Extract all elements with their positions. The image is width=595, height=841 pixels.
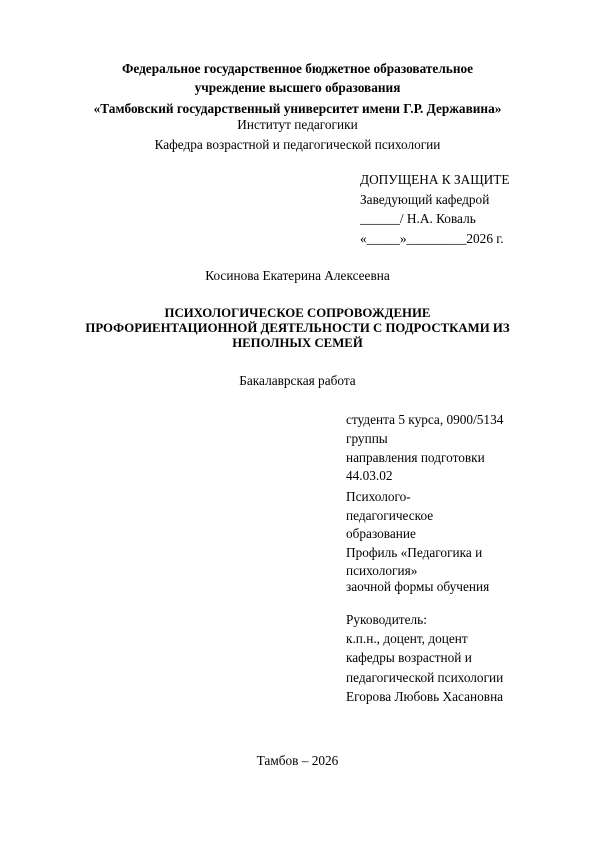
organization-line-2: учреждение высшего образования — [0, 80, 595, 96]
supervisor-label: Руководитель: — [346, 612, 427, 628]
title-line: ПРОФОРИЕНТАЦИОННОЙ ДЕЯТЕЛЬНОСТИ С ПОДРОС… — [0, 321, 595, 336]
student-info-line: заочной формы обучения — [346, 579, 489, 595]
city-year: Тамбов – 2026 — [0, 753, 595, 769]
student-info-line: образование — [346, 526, 416, 542]
approval-status: ДОПУЩЕНА К ЗАЩИТЕ — [360, 172, 509, 188]
title-line: ПСИХОЛОГИЧЕСКОЕ СОПРОВОЖДЕНИЕ — [0, 306, 595, 321]
student-info-line: психология» — [346, 563, 417, 579]
student-info-line: студента 5 курса, 0900/5134 — [346, 412, 503, 428]
student-info-line: направления подготовки — [346, 450, 485, 466]
institute-name: Институт педагогики — [0, 117, 595, 133]
supervisor-department: педагогической психологии — [346, 670, 503, 686]
student-info-line: педагогическое — [346, 508, 433, 524]
student-info-line: Профиль «Педагогика и — [346, 545, 482, 561]
organization-line-1: Федеральное государственное бюджетное об… — [0, 61, 595, 77]
approval-role: Заведующий кафедрой — [360, 192, 489, 208]
approval-date: «_____»_________2026 г. — [360, 231, 504, 247]
supervisor-name: Егорова Любовь Хасановна — [346, 689, 503, 705]
student-info-line: 44.03.02 — [346, 468, 393, 484]
student-info-line: Психолого- — [346, 489, 411, 505]
title-line: НЕПОЛНЫХ СЕМЕЙ — [0, 336, 595, 351]
department-name: Кафедра возрастной и педагогической псих… — [0, 137, 595, 153]
supervisor-department: кафедры возрастной и — [346, 650, 472, 666]
approval-signature: ______/ Н.А. Коваль — [360, 211, 476, 227]
supervisor-degree: к.п.н., доцент, доцент — [346, 631, 468, 647]
university-name: «Тамбовский государственный университет … — [0, 101, 595, 117]
author-name: Косинова Екатерина Алексеевна — [0, 268, 595, 284]
work-type: Бакалаврская работа — [0, 373, 595, 389]
student-info-line: группы — [346, 431, 388, 447]
